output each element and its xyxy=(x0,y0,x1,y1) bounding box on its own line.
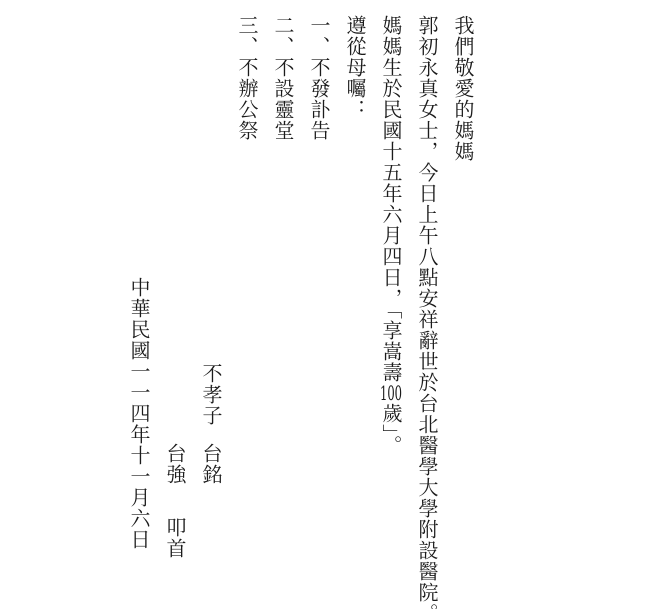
birth-longevity-suffix: 歲」。 xyxy=(379,403,403,456)
obituary-page: 我們敬愛的媽媽 郭初永真女士，今日上午八點安祥辭世於台北醫學大學附設醫院。 媽媽… xyxy=(0,0,650,609)
kowtow-label: 叩首 xyxy=(163,517,187,559)
death-announcement-line: 郭初永真女士，今日上午八點安祥辭世於台北醫學大學附設醫院。 xyxy=(409,15,445,609)
instruction-item-1: 一、不發訃告 xyxy=(301,15,337,609)
salutation-line: 我們敬愛的媽媽 xyxy=(445,15,481,609)
son-name-2: 台強 xyxy=(163,443,187,485)
mother-instruction-header: 遵從母囑： xyxy=(337,15,373,609)
birth-longevity-prefix: 媽媽生於民國十五年六月四日，「享嵩壽 xyxy=(379,15,403,383)
vertical-text-block: 我們敬愛的媽媽 郭初永真女士，今日上午八點安祥辭世於台北醫學大學附設醫院。 媽媽… xyxy=(121,15,481,609)
date-line: 中華民國一一四年十一月六日 xyxy=(121,15,157,609)
instruction-item-3: 三、不辦公祭 xyxy=(229,15,265,609)
signature-line-2: 台強叩首 xyxy=(157,15,193,609)
unfilial-son-label: 不孝子 xyxy=(199,363,223,426)
signature-line-1: 不孝子台銘 xyxy=(193,15,229,609)
birth-longevity-line: 媽媽生於民國十五年六月四日，「享嵩壽100歲」。 xyxy=(373,15,409,609)
instruction-item-2: 二、不設靈堂 xyxy=(265,15,301,609)
age-number: 100 xyxy=(379,383,403,403)
son-name-1: 台銘 xyxy=(199,443,223,485)
